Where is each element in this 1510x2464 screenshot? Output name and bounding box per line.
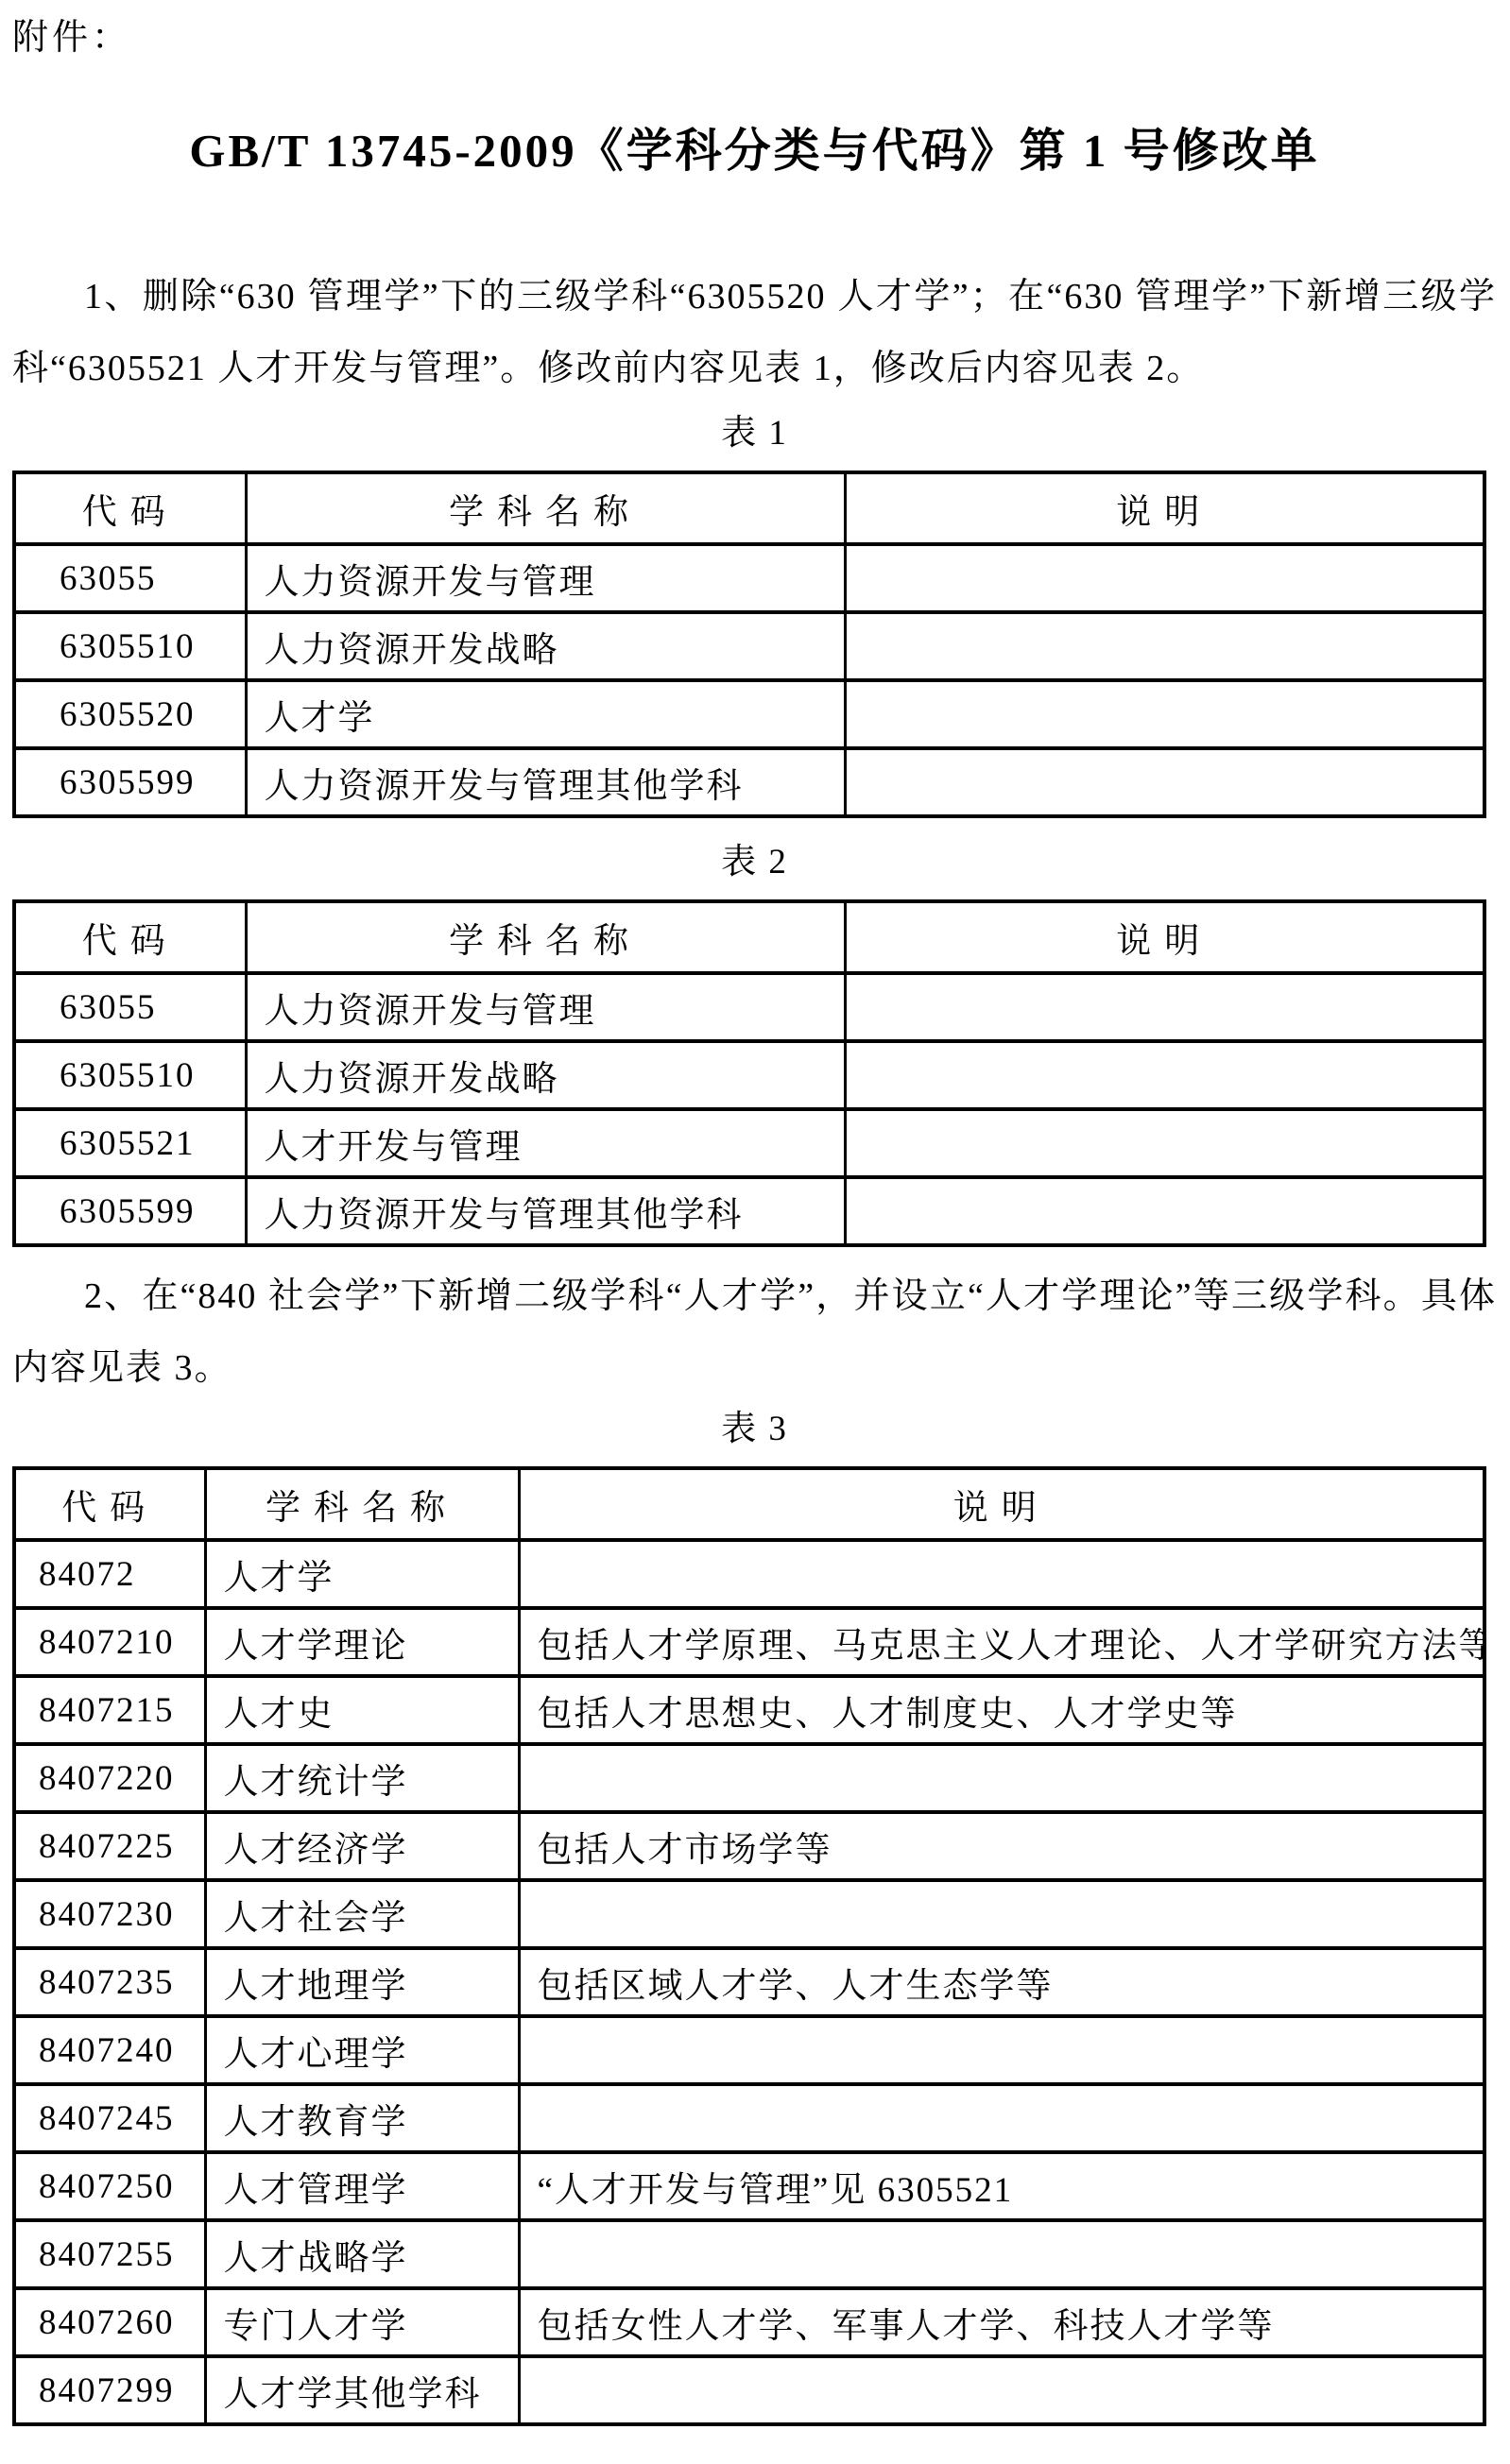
table-row: 8407250人才管理学“人才开发与管理”见 6305521 <box>14 2152 1484 2220</box>
table-caption: 表 3 <box>12 1406 1497 1453</box>
subject-name-cell: 人力资源开发与管理其他学科 <box>246 748 845 816</box>
column-header: 说明 <box>845 472 1484 544</box>
description-cell: 包括人才思想史、人才制度史、人才学史等 <box>519 1676 1484 1744</box>
column-header: 代码 <box>14 901 246 973</box>
table-row: 8407225人才经济学包括人才市场学等 <box>14 1812 1484 1880</box>
attachment-label: 附件： <box>12 13 1497 62</box>
subject-name-cell: 人才管理学 <box>205 2152 519 2220</box>
subject-name-cell: 人才学 <box>205 1540 519 1608</box>
table-2: 代码学科名称说明63055人力资源开发与管理6305510人力资源开发战略630… <box>12 899 1486 1247</box>
description-cell <box>845 1177 1484 1245</box>
table-3-section: 表 3代码学科名称说明84072人才学8407210人才学理论包括人才学原理、马… <box>12 1406 1497 2426</box>
code-cell: 63055 <box>14 973 246 1041</box>
code-cell: 6305510 <box>14 612 246 680</box>
table-caption: 表 1 <box>12 410 1497 457</box>
code-cell: 8407255 <box>14 2220 205 2288</box>
column-header: 学科名称 <box>246 472 845 544</box>
subject-name-cell: 人力资源开发战略 <box>246 1041 845 1109</box>
table-row: 84072人才学 <box>14 1540 1484 1608</box>
subject-name-cell: 人才统计学 <box>205 1744 519 1812</box>
table-row: 8407220人才统计学 <box>14 1744 1484 1812</box>
table-row: 8407215人才史包括人才思想史、人才制度史、人才学史等 <box>14 1676 1484 1744</box>
subject-name-cell: 人才学 <box>246 680 845 748</box>
description-cell <box>845 1041 1484 1109</box>
subject-name-cell: 人才地理学 <box>205 1948 519 2016</box>
subject-name-cell: 人才心理学 <box>205 2016 519 2084</box>
description-cell <box>845 544 1484 612</box>
paragraph-1: 1、删除“630 管理学”下的三级学科“6305520 人才学”；在“630 管… <box>12 261 1497 404</box>
document-title: GB/T 13745-2009《学科分类与代码》第 1 号修改单 <box>12 121 1497 181</box>
subject-name-cell: 人力资源开发与管理 <box>246 973 845 1041</box>
table-row: 6305521人才开发与管理 <box>14 1109 1484 1177</box>
column-header: 学科名称 <box>246 901 845 973</box>
description-cell: 包括区域人才学、人才生态学等 <box>519 1948 1484 2016</box>
table-header-row: 代码学科名称说明 <box>14 1468 1484 1540</box>
code-cell: 8407220 <box>14 1744 205 1812</box>
code-cell: 6305520 <box>14 680 246 748</box>
table-row: 6305510人力资源开发战略 <box>14 612 1484 680</box>
code-cell: 8407299 <box>14 2356 205 2424</box>
column-header: 说明 <box>519 1468 1484 1540</box>
code-cell: 8407215 <box>14 1676 205 1744</box>
table-1: 代码学科名称说明63055人力资源开发与管理6305510人力资源开发战略630… <box>12 471 1486 818</box>
description-cell <box>845 1109 1484 1177</box>
code-cell: 6305510 <box>14 1041 246 1109</box>
subject-name-cell: 人力资源开发与管理其他学科 <box>246 1177 845 1245</box>
description-cell <box>519 2016 1484 2084</box>
code-cell: 6305599 <box>14 1177 246 1245</box>
table-row: 8407299人才学其他学科 <box>14 2356 1484 2424</box>
column-header: 学科名称 <box>205 1468 519 1540</box>
table-caption: 表 2 <box>12 839 1497 886</box>
code-cell: 8407235 <box>14 1948 205 2016</box>
table-row: 8407210人才学理论包括人才学原理、马克思主义人才理论、人才学研究方法等 <box>14 1608 1484 1676</box>
table-header-row: 代码学科名称说明 <box>14 901 1484 973</box>
table-row: 8407245人才教育学 <box>14 2084 1484 2152</box>
table-row: 63055人力资源开发与管理 <box>14 544 1484 612</box>
table-row: 8407235人才地理学包括区域人才学、人才生态学等 <box>14 1948 1484 2016</box>
column-header: 代码 <box>14 472 246 544</box>
code-cell: 8407240 <box>14 2016 205 2084</box>
document-page: 附件： GB/T 13745-2009《学科分类与代码》第 1 号修改单 1、删… <box>0 0 1510 2464</box>
description-cell <box>519 2084 1484 2152</box>
subject-name-cell: 人力资源开发与管理 <box>246 544 845 612</box>
description-cell <box>519 2356 1484 2424</box>
table-row: 8407230人才社会学 <box>14 1880 1484 1948</box>
description-cell: 包括人才学原理、马克思主义人才理论、人才学研究方法等 <box>519 1608 1484 1676</box>
description-cell <box>519 1744 1484 1812</box>
column-header: 说明 <box>845 901 1484 973</box>
table-row: 6305599人力资源开发与管理其他学科 <box>14 1177 1484 1245</box>
code-cell: 8407250 <box>14 2152 205 2220</box>
code-cell: 8407230 <box>14 1880 205 1948</box>
description-cell <box>845 680 1484 748</box>
subject-name-cell: 人才开发与管理 <box>246 1109 845 1177</box>
table-row: 8407255人才战略学 <box>14 2220 1484 2288</box>
table-row: 63055人力资源开发与管理 <box>14 973 1484 1041</box>
paragraph-2: 2、在“840 社会学”下新增二级学科“人才学”，并设立“人才学理论”等三级学科… <box>12 1260 1497 1404</box>
subject-name-cell: 人才史 <box>205 1676 519 1744</box>
column-header: 代码 <box>14 1468 205 1540</box>
subject-name-cell: 人才经济学 <box>205 1812 519 1880</box>
subject-name-cell: 人力资源开发战略 <box>246 612 845 680</box>
table-3: 代码学科名称说明84072人才学8407210人才学理论包括人才学原理、马克思主… <box>12 1466 1486 2426</box>
table-1-section: 表 1代码学科名称说明63055人力资源开发与管理6305510人力资源开发战略… <box>12 410 1497 818</box>
code-cell: 8407210 <box>14 1608 205 1676</box>
description-cell <box>845 973 1484 1041</box>
table-row: 8407240人才心理学 <box>14 2016 1484 2084</box>
code-cell: 8407225 <box>14 1812 205 1880</box>
subject-name-cell: 人才学理论 <box>205 1608 519 1676</box>
table-row: 6305510人力资源开发战略 <box>14 1041 1484 1109</box>
description-cell: 包括女性人才学、军事人才学、科技人才学等 <box>519 2288 1484 2356</box>
description-cell: 包括人才市场学等 <box>519 1812 1484 1880</box>
subject-name-cell: 人才教育学 <box>205 2084 519 2152</box>
description-cell <box>519 1540 1484 1608</box>
code-cell: 6305521 <box>14 1109 246 1177</box>
code-cell: 6305599 <box>14 748 246 816</box>
subject-name-cell: 人才战略学 <box>205 2220 519 2288</box>
table-2-section: 表 2代码学科名称说明63055人力资源开发与管理6305510人力资源开发战略… <box>12 839 1497 1247</box>
code-cell: 84072 <box>14 1540 205 1608</box>
subject-name-cell: 人才社会学 <box>205 1880 519 1948</box>
code-cell: 8407260 <box>14 2288 205 2356</box>
subject-name-cell: 专门人才学 <box>205 2288 519 2356</box>
table-header-row: 代码学科名称说明 <box>14 472 1484 544</box>
description-cell <box>845 748 1484 816</box>
description-cell <box>519 1880 1484 1948</box>
table-row: 8407260专门人才学包括女性人才学、军事人才学、科技人才学等 <box>14 2288 1484 2356</box>
description-cell <box>845 612 1484 680</box>
subject-name-cell: 人才学其他学科 <box>205 2356 519 2424</box>
table-row: 6305520人才学 <box>14 680 1484 748</box>
code-cell: 63055 <box>14 544 246 612</box>
description-cell: “人才开发与管理”见 6305521 <box>519 2152 1484 2220</box>
code-cell: 8407245 <box>14 2084 205 2152</box>
description-cell <box>519 2220 1484 2288</box>
table-row: 6305599人力资源开发与管理其他学科 <box>14 748 1484 816</box>
